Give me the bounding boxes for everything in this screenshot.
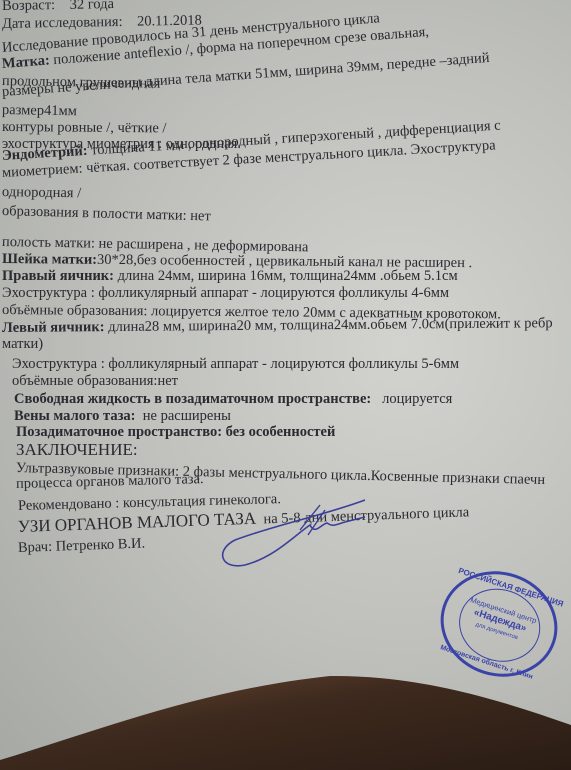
fabric-background: [0, 0, 571, 770]
